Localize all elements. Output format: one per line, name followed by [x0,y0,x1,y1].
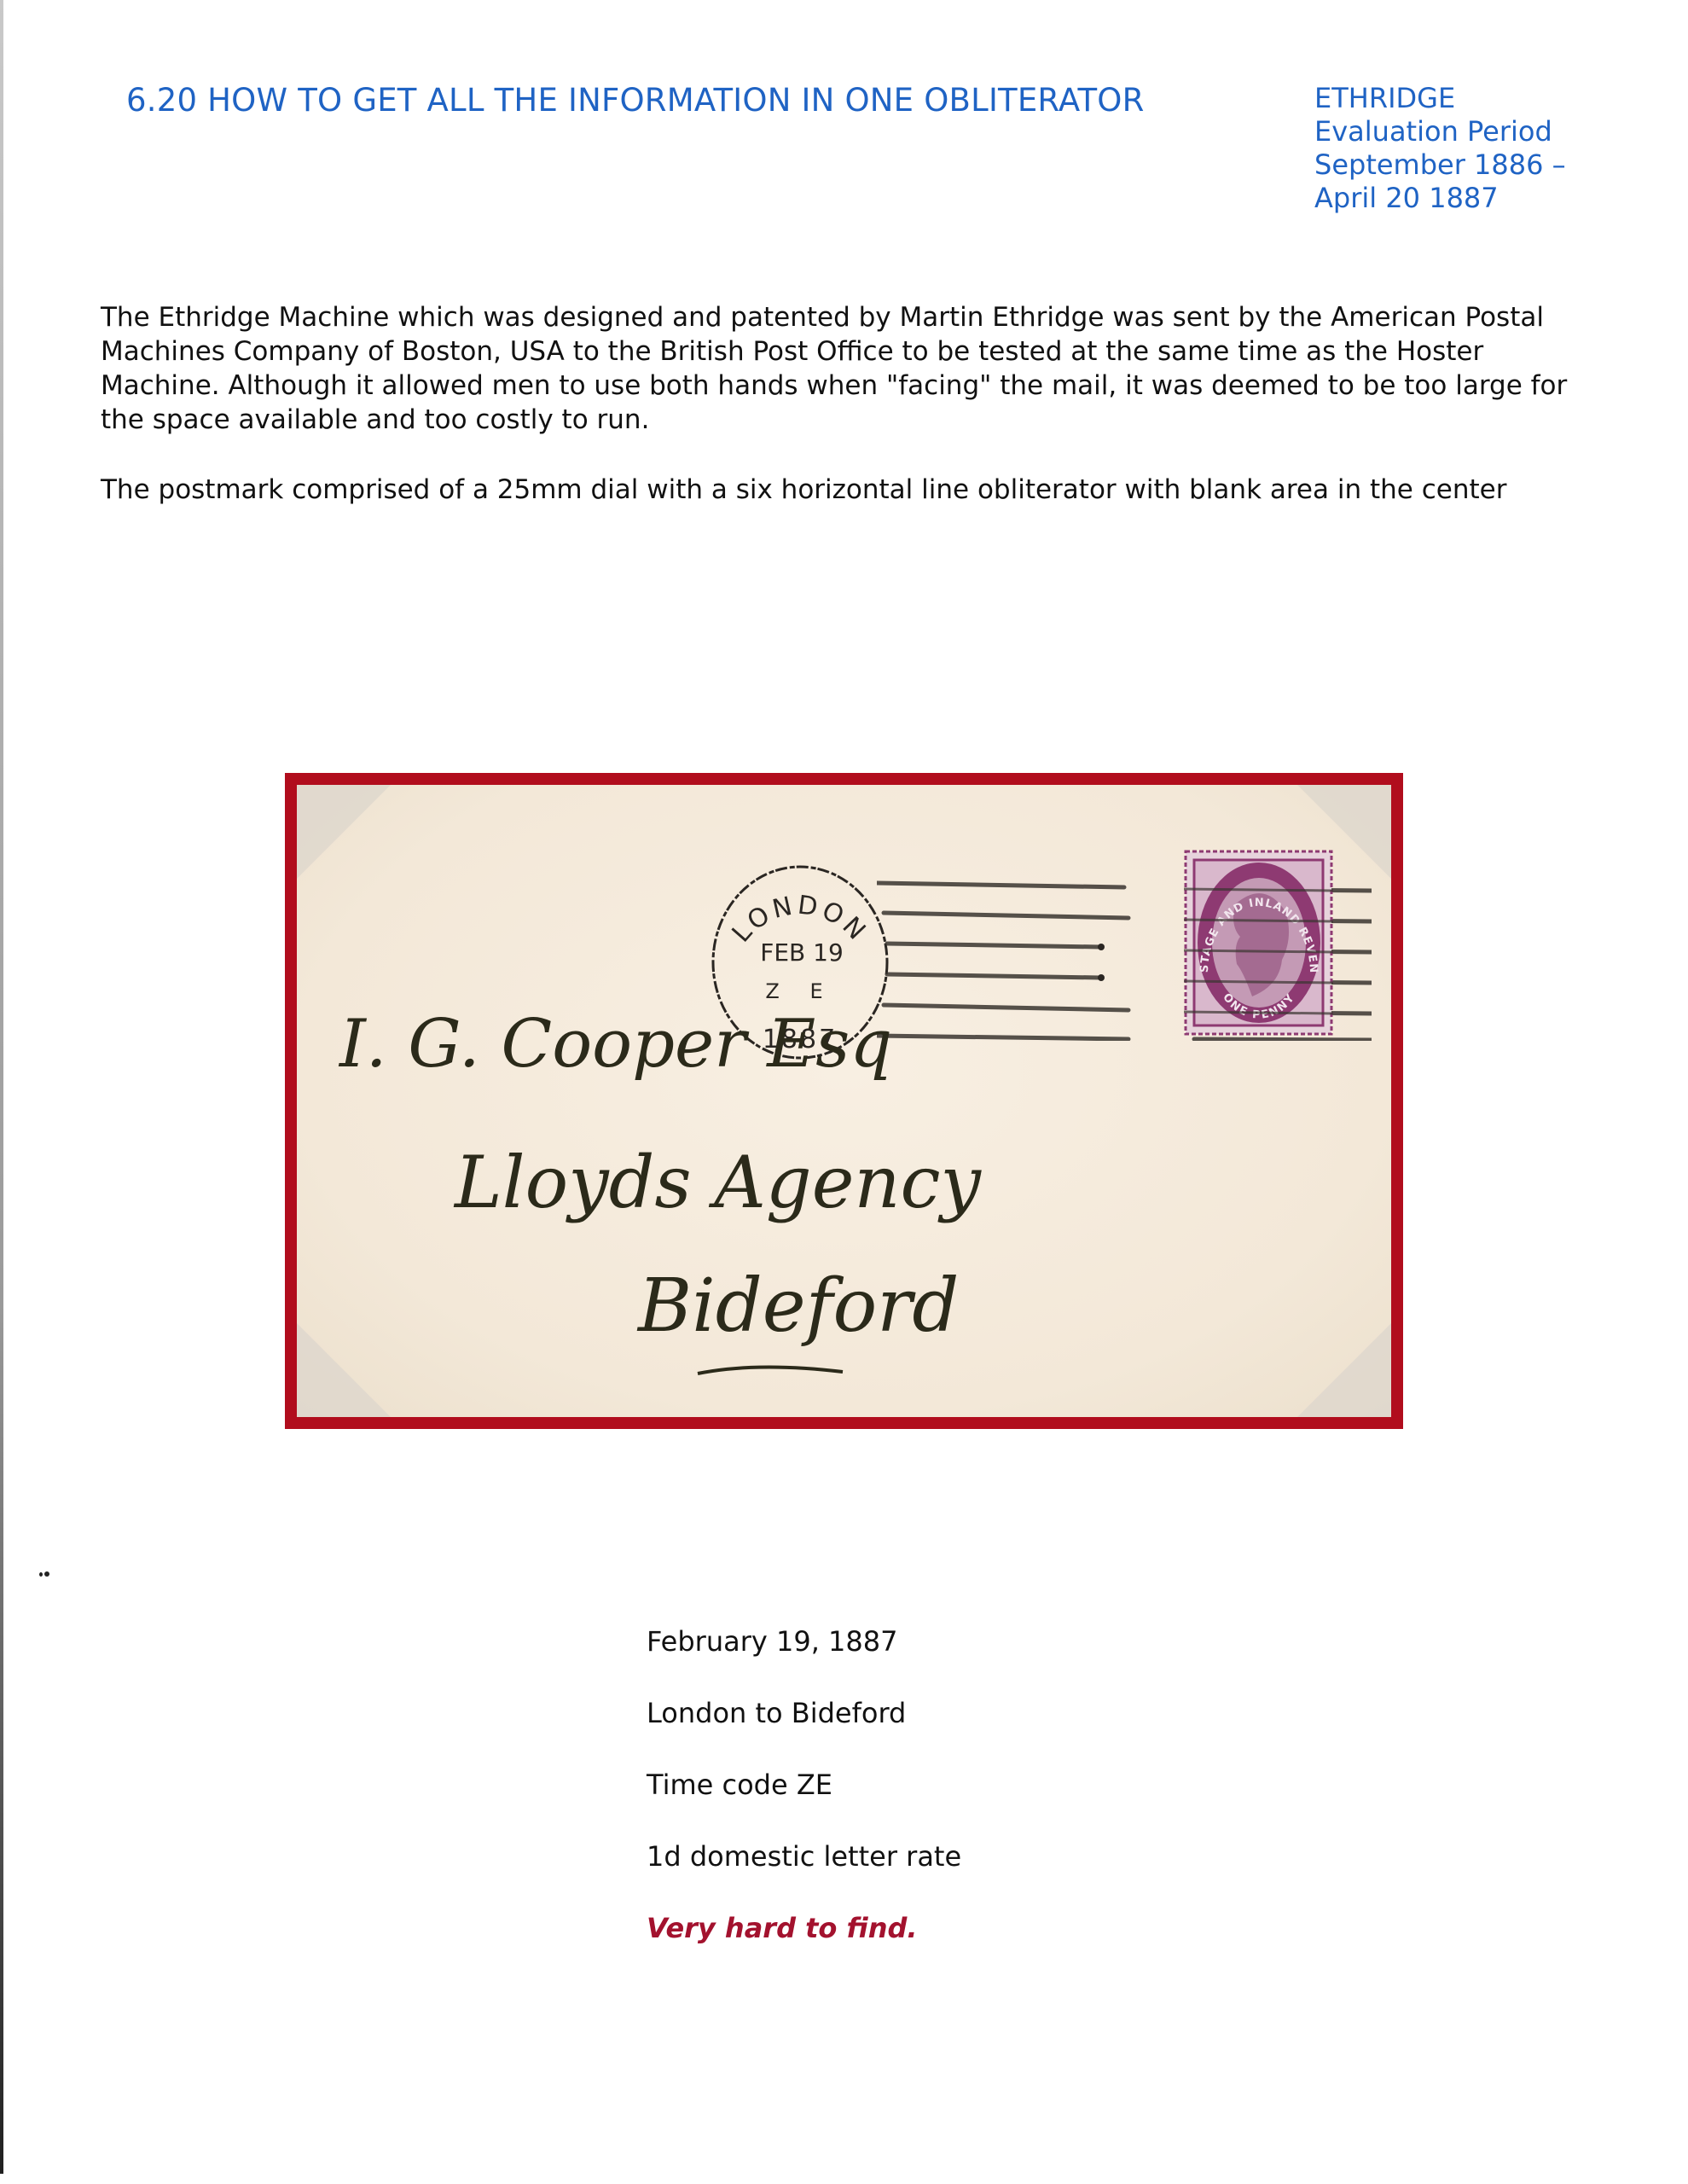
caption-rate: 1d domestic letter rate [647,1840,961,1912]
period-label: Evaluation Period [1314,115,1566,148]
evaluation-period-note: ETHRIDGE Evaluation Period September 188… [1314,82,1566,215]
cover-mount-frame: LONDON FEB 19 Z E 1887 [285,773,1403,1429]
address-underline [698,1367,843,1374]
caption-rarity: Very hard to find. [647,1912,961,1984]
caption-date: February 19, 1887 [647,1625,961,1697]
period-start: September 1886 – [1314,148,1566,182]
period-end: April 20 1887 [1314,182,1566,215]
handwritten-address: I. G. Cooper Esq Lloyds Agency Bideford [297,785,1391,1417]
cover-caption: February 19, 1887 London to Bideford Tim… [647,1625,961,1984]
address-line-1: I. G. Cooper Esq [338,1006,892,1083]
caption-route: London to Bideford [647,1697,961,1769]
scan-speck [39,1572,43,1577]
postmark-description: The postmark comprised of a 25mm dial wi… [101,473,1602,507]
address-line-3: Bideford [636,1263,959,1349]
machine-name: ETHRIDGE [1314,82,1566,115]
caption-time-code: Time code ZE [647,1769,961,1840]
address-line-2: Lloyds Agency [453,1141,983,1224]
scan-speck [44,1571,49,1577]
history-paragraph: The Ethridge Machine which was designed … [101,300,1602,437]
envelope-cover: LONDON FEB 19 Z E 1887 [297,785,1391,1417]
page-title: 6.20 HOW TO GET ALL THE INFORMATION IN O… [126,82,1145,119]
page-edge-shadow [0,0,3,2174]
